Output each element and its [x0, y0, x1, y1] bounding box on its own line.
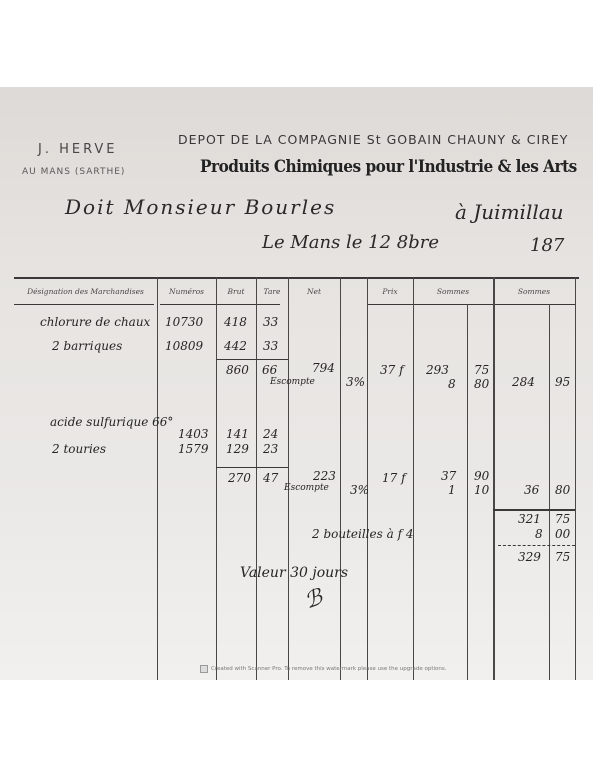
row-numero: 1579 — [178, 442, 209, 456]
products-tagline: Produits Chimiques pour l'Industrie & le… — [200, 157, 577, 177]
subtotal-cents: 75 — [555, 512, 570, 526]
row-brut: 418 — [224, 315, 247, 329]
total-dashed-rule — [498, 545, 575, 546]
header-rule — [160, 304, 280, 305]
row-tare: 33 — [263, 339, 278, 353]
extra-cents: 00 — [555, 527, 570, 541]
group-net: 223 — [313, 469, 336, 483]
row-numero: 1403 — [178, 427, 209, 441]
line-total: 36 — [524, 483, 539, 497]
group-tare-total: 66 — [262, 363, 277, 377]
line-total-cents: 95 — [555, 375, 570, 389]
group-prix: 17 f — [382, 471, 406, 485]
addressee-place: à Juimillau — [455, 200, 564, 224]
row-designation: 2 touries — [52, 442, 106, 456]
group-brut-total: 860 — [226, 363, 249, 377]
group-net-note: Escompte — [284, 483, 329, 493]
row-numero: 10730 — [165, 315, 203, 329]
group-brut-total: 270 — [228, 471, 251, 485]
group-prix: 37 f — [380, 363, 404, 377]
row-designation: acide sulfurique 66° — [50, 415, 173, 429]
company-name: DEPOT DE LA COMPAGNIE St GOBAIN CHAUNY &… — [178, 132, 568, 147]
row-designation: 2 barriques — [52, 339, 122, 353]
row-tare: 33 — [263, 315, 278, 329]
column-divider — [288, 277, 289, 680]
sommes-b-cents: 10 — [474, 483, 489, 497]
grand-total-cents: 75 — [555, 550, 570, 564]
header-sommes: Sommes — [413, 287, 493, 296]
group-net: 794 — [312, 361, 335, 375]
header-tare: Tare — [256, 287, 288, 296]
sommes-a-cents: 90 — [474, 469, 489, 483]
header-numeros: Numéros — [157, 287, 216, 296]
invoice-document: J. HERVE AU MANS (SARTHE) DEPOT DE LA CO… — [0, 87, 593, 680]
column-divider — [549, 304, 550, 680]
sommes-b-cents: 80 — [474, 377, 489, 391]
sommes-a: 293 — [426, 363, 449, 377]
subtotal-rule — [216, 359, 288, 360]
sommes-b: 8 — [448, 377, 456, 391]
subtotal-rule — [216, 467, 288, 468]
scanner-watermark: Created with Scanner Pro. To remove this… — [200, 665, 447, 673]
sommes-a: 37 — [441, 469, 456, 483]
group-pct: 3% — [346, 375, 365, 389]
merchant-city: AU MANS (SARTHE) — [22, 167, 125, 177]
header-rule — [367, 304, 575, 305]
header-prix: Prix — [367, 287, 413, 296]
column-divider — [340, 277, 341, 680]
subtotal: 321 — [518, 512, 541, 526]
header-rule — [14, 304, 154, 305]
payment-note: Valeur 30 jours — [240, 565, 348, 581]
row-tare: 24 — [263, 427, 278, 441]
row-brut: 141 — [226, 427, 249, 441]
group-net-note: Escompte — [270, 377, 315, 387]
header-sommes-total: Sommes — [493, 287, 575, 296]
column-divider — [575, 277, 576, 680]
line-total-cents: 80 — [555, 483, 570, 497]
column-divider — [367, 277, 368, 680]
year: 187 — [530, 235, 564, 256]
header-brut: Brut — [216, 287, 256, 296]
line-total: 284 — [512, 375, 535, 389]
column-divider — [256, 277, 257, 680]
total-rule — [493, 509, 575, 511]
addressee-line: Doit Monsieur Bourles — [65, 195, 336, 219]
header-designation: Désignation des Marchandises — [14, 287, 157, 296]
sommes-b: 1 — [448, 483, 456, 497]
column-divider — [216, 277, 217, 680]
row-brut: 442 — [224, 339, 247, 353]
row-numero: 10809 — [165, 339, 203, 353]
column-divider — [413, 277, 414, 680]
extra-amount: 8 — [535, 527, 543, 541]
row-brut: 129 — [226, 442, 249, 456]
row-designation: chlorure de chaux — [40, 315, 150, 329]
signature-mark: ℬ — [301, 585, 326, 614]
row-tare: 23 — [263, 442, 278, 456]
group-tare-total: 47 — [263, 471, 278, 485]
watermark-text: Created with Scanner Pro. To remove this… — [211, 666, 447, 672]
header-net: Net — [288, 287, 340, 296]
dateline: Le Mans le 12 8bre — [262, 232, 439, 253]
merchant-name: J. HERVE — [38, 142, 118, 157]
column-divider — [467, 304, 468, 680]
group-pct: 3% — [350, 483, 369, 497]
sommes-a-cents: 75 — [474, 363, 489, 377]
column-divider — [493, 277, 495, 680]
extra-label: 2 bouteilles à f 4 — [312, 527, 413, 541]
column-divider — [157, 277, 158, 680]
grand-total: 329 — [518, 550, 541, 564]
watermark-icon — [200, 665, 208, 673]
